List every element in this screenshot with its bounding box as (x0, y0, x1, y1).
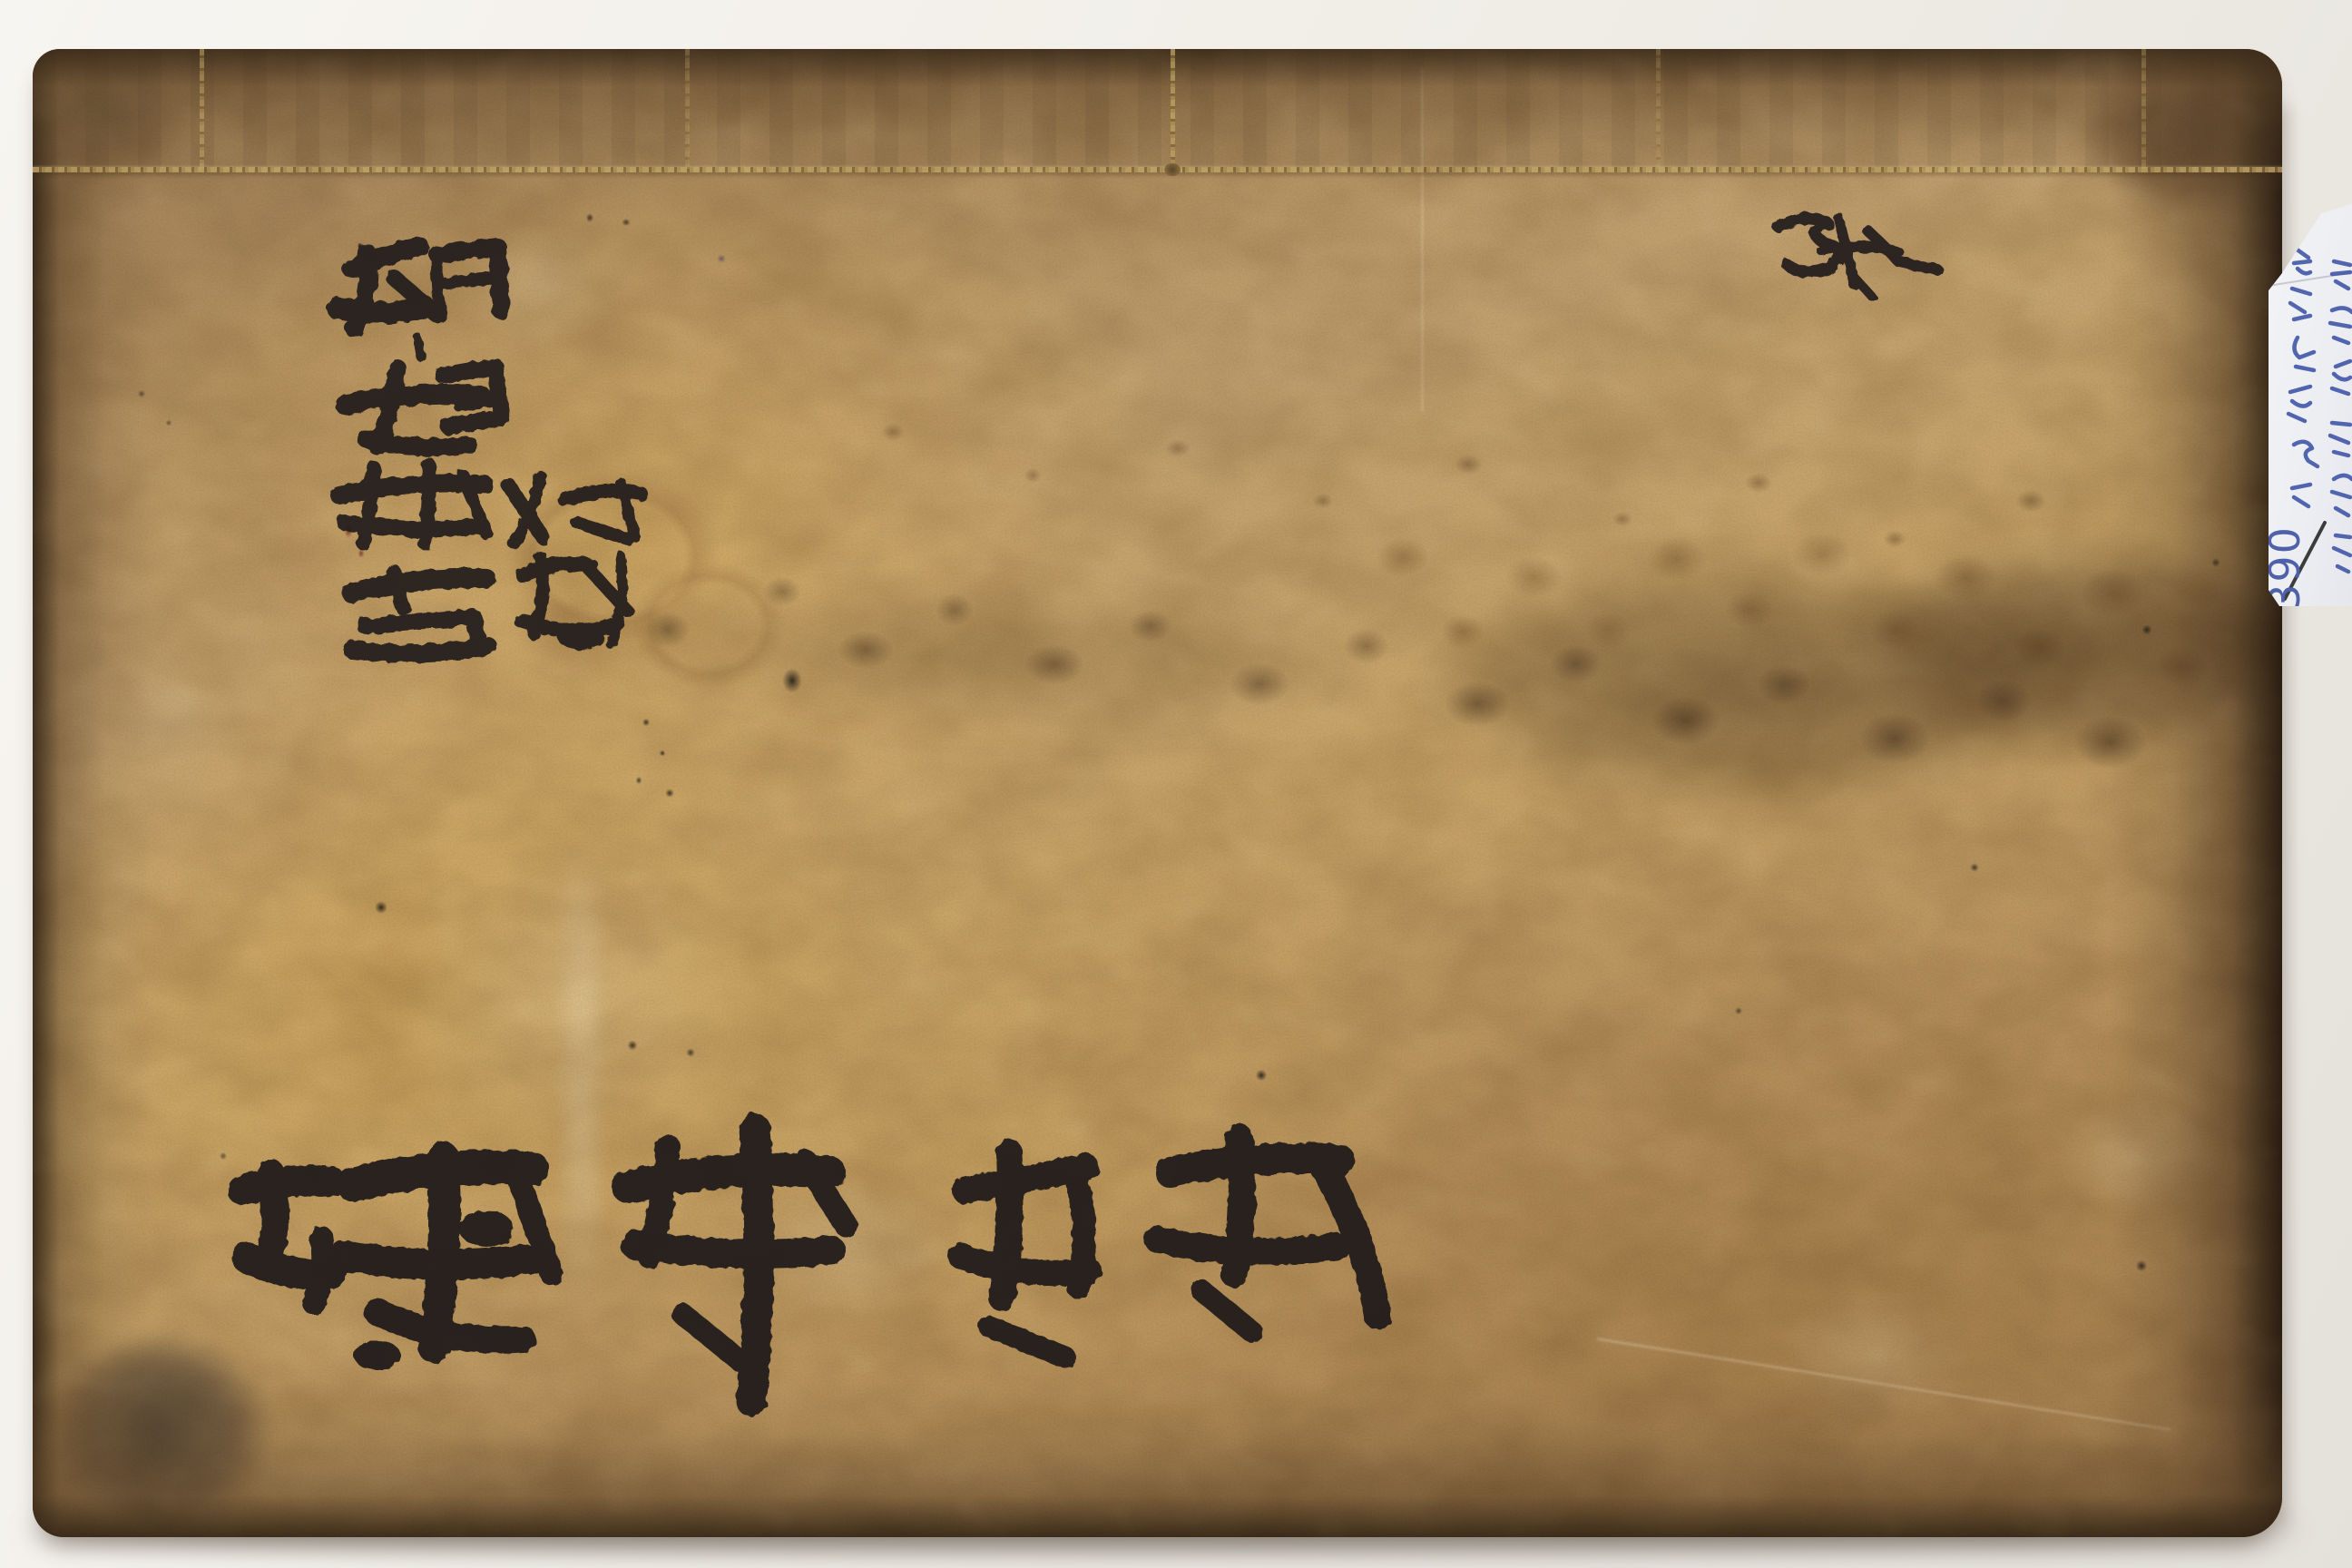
calligraphy-character (508, 477, 641, 543)
book-cover (33, 49, 2282, 1537)
title-calligraphy-character (628, 1129, 846, 1401)
ink-cipher-mark (1779, 218, 1938, 298)
title-calligraphy-character (243, 1172, 330, 1303)
slip-number: 390 (2269, 525, 2309, 606)
title-calligraphy-character (345, 1158, 552, 1370)
calligraphy-character (338, 247, 501, 358)
title-calligraphy-character (960, 1152, 1089, 1357)
brush-calligraphy-layer (33, 49, 2282, 1537)
photo-of-antique-book: 390 祖輔雜眞 總遜 眞樂堂集 金就成 (美以) 眞樂堂集 筆 (0, 0, 2352, 1568)
calligraphy-character (352, 572, 488, 653)
slip-handwriting-line2 (2330, 261, 2352, 572)
title-calligraphy-character (1158, 1138, 1377, 1332)
slip-handwriting-line1 (2288, 249, 2318, 506)
calligraphy-character (521, 557, 628, 650)
calligraphy-character (345, 367, 501, 447)
calligraphy-character (339, 465, 486, 543)
